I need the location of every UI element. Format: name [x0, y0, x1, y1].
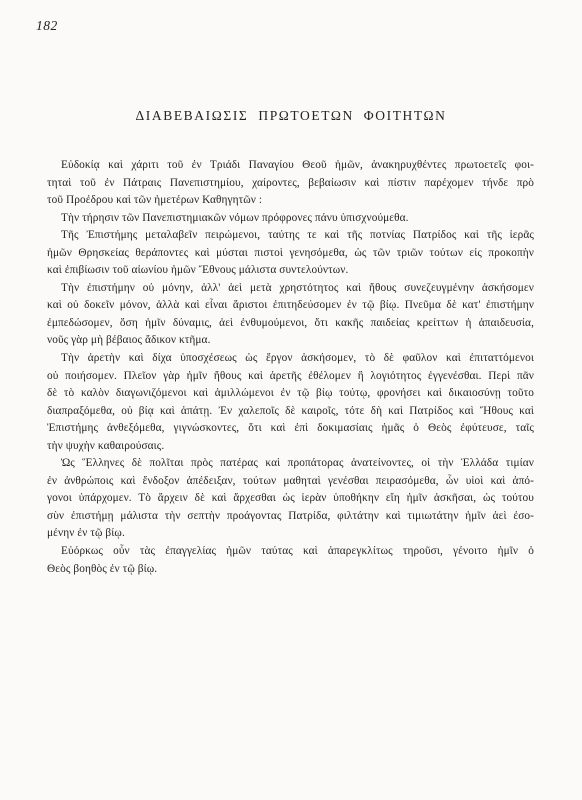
document-title: ΔΙΑΒΕΒΑΙΩΣΙΣ ΠΡΩΤΟΕΤΩΝ ΦΟΙΤΗΤΩΝ: [0, 108, 582, 124]
text-line: Τῆς Ἐπιστήμης μεταλαβεῖν πειρώμενοι, ταύ…: [47, 227, 534, 245]
text-line: γονοι ὑπάρχομεν. Τὸ ἄρχειν δὲ καὶ ἄρχεσθ…: [47, 490, 534, 508]
text-line: νοῦς γὰρ μὴ βέβαιος ἄδικον κτῆμα.: [47, 332, 534, 350]
text-line: Ὡς Ἕλληνες δὲ πολῖται πρὸς πατέρας καὶ π…: [47, 455, 534, 473]
text-line: Τὴν ἐπιστήμην οὐ μόνην, ἀλλ' ἀεὶ μετὰ χρ…: [47, 280, 534, 298]
text-line: Ἐπιστήμης ἀνθεξόμεθα, γιγνώσκοντες, ὅτι …: [47, 420, 534, 438]
text-line: ἡμῶν Θρησκείας θεράποντες καὶ μύσται πισ…: [47, 245, 534, 263]
text-line: τηταὶ τοῦ ἐν Πάτραις Πανεπιστημίου, χαίρ…: [47, 175, 534, 193]
text-line: Εὐδοκίᾳ καὶ χάριτι τοῦ ἐν Τριάδι Παναγίο…: [47, 157, 534, 175]
text-line: ἐν ἀνθρώποις καὶ ἔνδοξον ἀπέδειξαν, τούτ…: [47, 473, 534, 491]
text-line: σὺν ἐπιστήμῃ μάλιστα τὴν σεπτὴν προάγοντ…: [47, 508, 534, 526]
text-line: ἐμπεδώσομεν, ὅση ἡμῖν δύναμις, ἀεὶ ἐνθυμ…: [47, 315, 534, 333]
page-number: 182: [36, 18, 58, 34]
text-line: μένην ἐν τῷ βίῳ.: [47, 525, 534, 543]
text-line: καὶ οὐ δοκεῖν μόνον, ἀλλὰ καὶ εἶναι ἄρισ…: [47, 297, 534, 315]
text-line: οὐ ποιήσομεν. Πλεῖον γὰρ ἡμῖν ἤθους καὶ …: [47, 368, 534, 386]
text-line: Θεὸς βοηθὸς ἐν τῷ βίῳ.: [47, 561, 534, 579]
body-text: Εὐδοκίᾳ καὶ χάριτι τοῦ ἐν Τριάδι Παναγίο…: [47, 157, 534, 578]
text-line: Τὴν τήρησιν τῶν Πανεπιστημιακῶν νόμων πρ…: [47, 210, 534, 228]
text-line: Εὐόρκως οὖν τὰς ἐπαγγελίας ἡμῶν ταύτας κ…: [47, 543, 534, 561]
text-line: καὶ ἐπιβίωσιν τοῦ αἰωνίου ἡμῶν Ἔθνους μά…: [47, 262, 534, 280]
text-line: δὲ τὸ καλὸν διαγωνιζόμενοι καὶ ἁμιλλώμεν…: [47, 385, 534, 403]
text-line: διαπραξόμεθα, οὐ βίᾳ καὶ ἀπάτῃ. Ἐν χαλεπ…: [47, 403, 534, 421]
text-line: τὴν ψυχὴν καθαιρούσαις.: [47, 438, 534, 456]
text-line: Τὴν ἀρετὴν καὶ δίχα ὑποσχέσεως ὡς ἔργον …: [47, 350, 534, 368]
text-line: τοῦ Προέδρου καὶ τῶν ἡμετέρων Καθηγητῶν …: [47, 192, 534, 210]
scanned-book-page: 182 ΔΙΑΒΕΒΑΙΩΣΙΣ ΠΡΩΤΟΕΤΩΝ ΦΟΙΤΗΤΩΝ Εὐδο…: [0, 0, 582, 800]
